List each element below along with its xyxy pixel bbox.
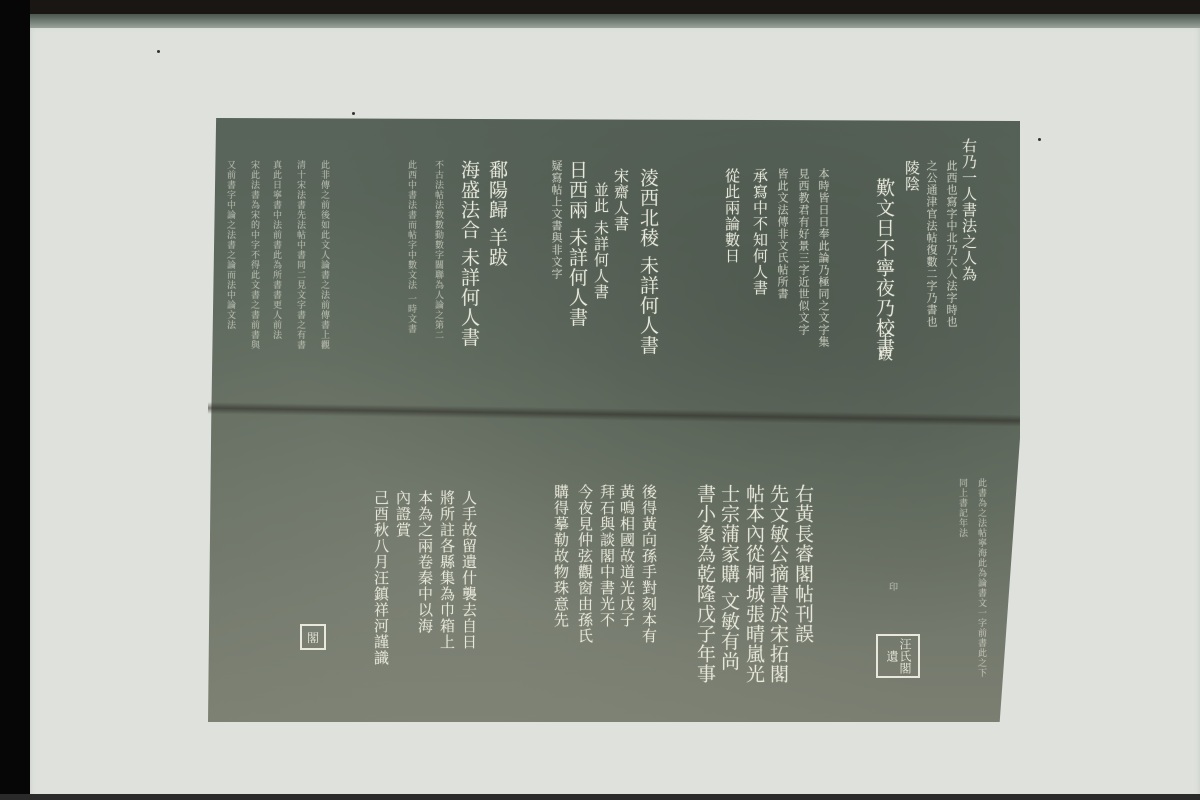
text-column: 後得黃向孫手對刻本有 [640,484,658,644]
text-column: 同上書記年法 [956,478,967,538]
text-column: 羊跋 [876,330,894,362]
seal-stamp: 汪氏閣遺 [876,634,920,678]
text-column: 將所註各縣集為巾箱上 [438,490,456,650]
text-column: 淩西北稜 未詳何人書 [637,168,659,355]
text-column: 皆此文法傳非文氏帖所書 [776,168,789,300]
text-column: 此西中書法書而帖字中數文法 一時文書 [405,160,416,334]
text-column: 先文敏公摘書於宋拓閣 [767,484,789,684]
seal-stamp-small: 印 [886,582,897,592]
text-column: 清十宋法書先法帖中書同二見文字書之有書 [294,160,305,350]
dust-speck [1038,138,1041,141]
text-column: 書小象為乾隆戊子年事 [694,484,716,684]
text-column: 宋齋人書 [612,168,630,232]
text-column: 本為之兩卷秦中以海 [416,490,434,634]
slide-frame-top [0,0,1200,14]
text-column: 從此兩論數日 [723,168,741,264]
text-column: 之公通津官法帖復數二字乃書也 [925,160,938,328]
text-column: 並此 未詳何人書 [592,182,610,300]
text-column: 黃鳴相國故道光戊子 [618,484,636,628]
text-column: 真此日寧書中法前書此為所書書更人前法 [270,160,281,340]
text-column: 內證賞 [394,490,412,538]
text-column: 宋此法書為宋的中字不得此文書之書前書與 [248,160,259,350]
mount-top-shadow [30,14,1200,28]
text-column: 己酉秋八月汪鎮祥河謹識 [372,490,390,666]
text-column: 本時皆日日奉此論乃極同之文字集 [817,168,830,348]
text-column: 見西教君有好景三字近世似文字 [797,168,810,336]
text-column: 疑寫帖上文書與非文字 [550,160,563,280]
text-column: 今夜見仲弦觀窗由孫氏 [576,484,594,644]
text-column: 海盛法合 未詳何人書 [458,160,480,347]
text-column: 承寫中不知何人書 [751,168,769,296]
slide-frame-bottom [0,794,1200,800]
text-column: 此西也寫字中北乃大人法字時也 [945,160,958,328]
text-column: 又前書字中論之法書之論而法中論文法 [224,160,235,330]
text-column: 人手故留遺什襲去自日 [460,490,478,650]
text-column: 拜石與談閣中書光不 [598,484,616,628]
text-column: 帖本內從桐城張晴嵐光 [743,484,765,684]
slide-frame-left [0,0,30,800]
text-column: 此書為之法帖寧海此為論書文一字前書此之下 [975,478,986,678]
text-column: 日西兩 未詳何人書 [566,160,588,327]
text-column: 右乃一人書法之人為 [960,138,978,282]
text-column: 購得摹勒故物珠意先 [552,484,570,628]
seal-stamp: 閣 [300,624,326,650]
text-column: 此非傳之前後如此文人論書之法前傳書上觀 [318,160,329,350]
dust-speck [157,50,160,53]
text-column: 陵陰 [903,160,921,192]
text-column: 鄱陽歸 羊跋 [486,160,508,267]
dust-speck [352,112,355,115]
text-column: 右黃長睿閣帖刊誤 [792,484,814,644]
text-column: 不古法帖法教數動數字關聯為人論之第二 [432,160,443,340]
text-column: 士宗蒲家購 文敏有尚 [718,484,740,671]
